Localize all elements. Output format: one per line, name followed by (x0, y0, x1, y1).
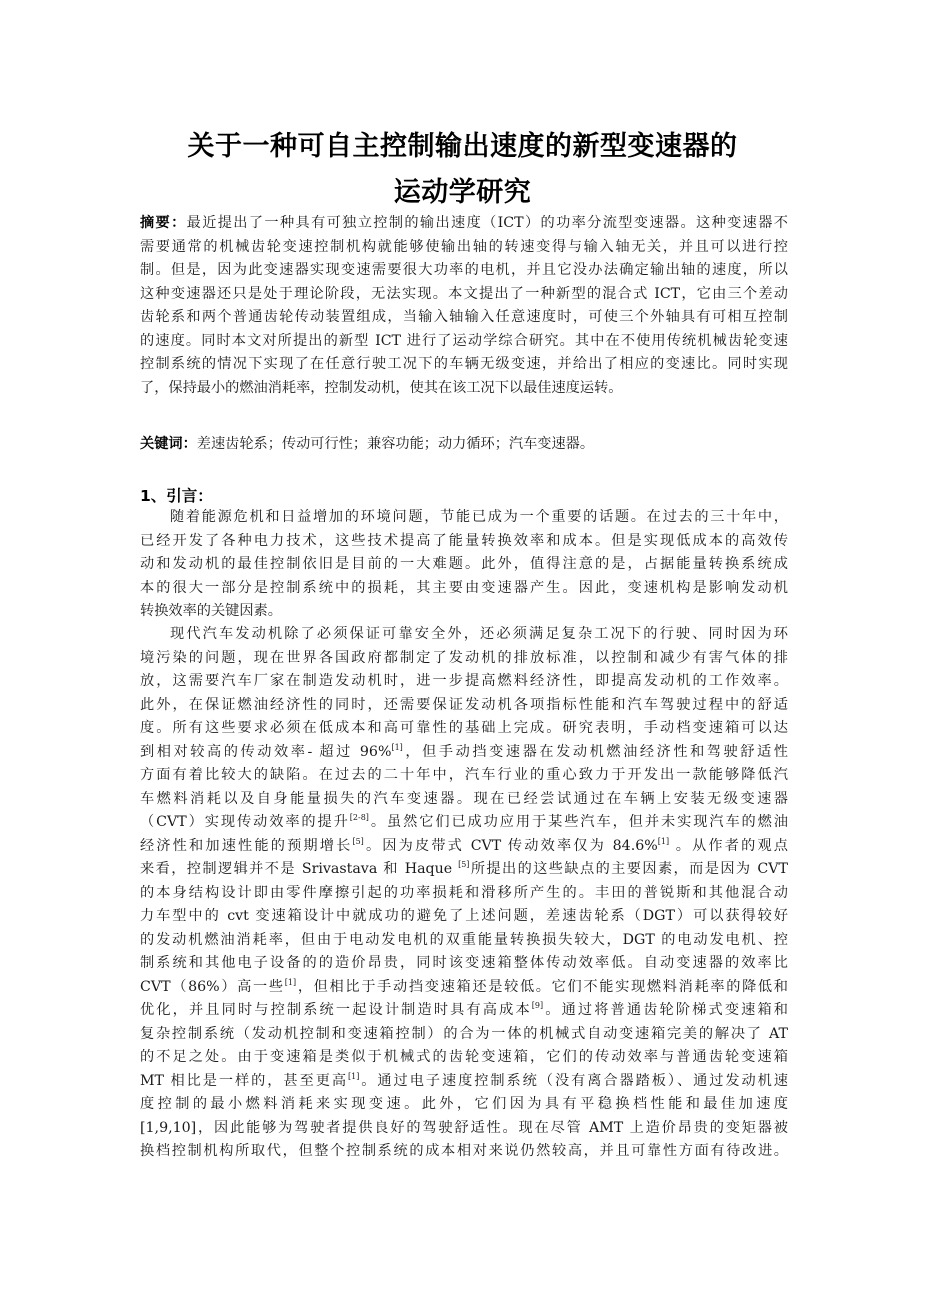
text-run: 经济性和加速性能的预期增长 (140, 838, 352, 854)
paragraph-line: MT 相比是一样的，甚至更高[1]。通过电子速度控制系统（没有离合器踏板）、通过… (140, 1070, 788, 1094)
paragraph-line: 现代汽车发动机除了必须保证可靠安全外，还必须满足复杂工况下的行驶、同时因为环 (140, 623, 788, 647)
paragraph-line: 的本身结构设计即由零件摩擦引起的功率损耗和滑移所产生的。丰田的普锐斯和其他混合动 (140, 882, 788, 906)
text-run: 到相对较高的传动效率- 超过 96% (140, 744, 391, 760)
abstract-line: 制。但是，因为此变速器实现变速需要很大功率的电机，并且它没办法确定输出轴的速度，… (140, 259, 788, 283)
text-run: 。虽然它们已成功应用于某些汽车，但并未实现汽车的燃油 (369, 814, 788, 830)
paragraph-line: 随着能源危机和日益增加的环境问题，节能已成为一个重要的话题。在过去的三十年中， (140, 506, 788, 530)
abstract-label: 摘要： (140, 215, 187, 231)
intro-paragraph-1: 随着能源危机和日益增加的环境问题，节能已成为一个重要的话题。在过去的三十年中， … (140, 506, 788, 624)
text-run: 。通过电子速度控制系统（没有离合器踏板）、通过发动机速 (359, 1073, 788, 1089)
paper-title-line-1: 关于一种可自主控制输出速度的新型变速器的 (0, 124, 925, 163)
document-page: 关于一种可自主控制输出速度的新型变速器的 运动学研究 摘要：最近提出了一种具有可… (0, 0, 925, 1309)
text-run: 。通过将普通齿轮阶梯式变速箱和 (543, 1002, 788, 1018)
paragraph-line: 已经开发了各种电力技术，这些技术提高了能量转换效率和成本。但是实现低成本的高效传 (140, 530, 788, 554)
abstract: 摘要：最近提出了一种具有可独立控制的输出速度（ICT）的功率分流型变速器。这种变… (140, 212, 788, 400)
citation: [1] (391, 743, 402, 752)
citation: [1] (285, 978, 296, 987)
abstract-line: 的速度。同时本文对所提出的新型 ICT 进行了运动学综合研究。其中在不使用传统机… (140, 330, 788, 354)
text-run: ，但相比于手动挡变速箱还是较低。它们不能实现燃料消耗率的降低和 (296, 979, 788, 995)
paragraph-line: （CVT）实现传动效率的提升[2-8]。虽然它们已成功应用于某些汽车，但并未实现… (140, 811, 788, 835)
text-run: 来看，控制逻辑并不是 Srivastava 和 Haque (140, 861, 458, 877)
abstract-line: 控制系统的情况下实现了在任意行驶工况下的车辆无级变速，并给出了相应的变速比。同时… (140, 353, 788, 377)
abstract-line: 最近提出了一种具有可独立控制的输出速度（ICT）的功率分流型变速器。这种变速器不 (187, 215, 788, 231)
paragraph-line: 的发动机燃油消耗率，但由于电动发电机的双重能量转换损失较大，DGT 的电动发电机… (140, 929, 788, 953)
paragraph-line: 经济性和加速性能的预期增长[5]。因为皮带式 CVT 传动效率仅为 84.6%[… (140, 835, 788, 859)
intro-paragraph-2: 现代汽车发动机除了必须保证可靠安全外，还必须满足复杂工况下的行驶、同时因为环 境… (140, 623, 788, 1164)
section-heading-introduction: 1、引言： (140, 484, 213, 506)
paragraph-line: CVT（86%）高一些[1]，但相比于手动挡变速箱还是较低。它们不能实现燃料消耗… (140, 976, 788, 1000)
paragraph-line: 的不足之处。由于变速箱是类似于机械式的齿轮变速箱，它们的传动效率与普通齿轮变速箱 (140, 1046, 788, 1070)
paragraph-line: [1,9,10]，因此能够为驾驶者提供良好的驾驶舒适性。现在尽管 AMT 上造价… (140, 1117, 788, 1141)
paragraph-line: 车燃料消耗以及自身能量损失的汽车变速器。现在已经尝试通过在车辆上安装无级变速器 (140, 788, 788, 812)
paragraph-line: 动和发动机的最佳控制依旧是目前的一大难题。此外，值得注意的是，占据能量转换系统成 (140, 553, 788, 577)
paragraph-line: 境污染的问题，现在世界各国政府都制定了发动机的排放标准，以控制和减少有害气体的排 (140, 647, 788, 671)
citation: [5] (352, 837, 363, 846)
paragraph-line: 度控制的最小燃料消耗来实现变速。此外，它们因为具有平稳换档性能和最佳加速度 (140, 1093, 788, 1117)
paragraph-line: 制系统和其他电子设备的的造价昂贵，同时该变速箱整体传动效率低。自动变速器的效率比 (140, 952, 788, 976)
paper-title-line-2: 运动学研究 (0, 170, 925, 209)
paragraph-line: 度。所有这些要求必须在低成本和高可靠性的基础上完成。研究表明，手动档变速箱可以达 (140, 717, 788, 741)
text-run: 。因为皮带式 CVT 传动效率仅为 84.6% (364, 838, 658, 854)
citation: [9] (532, 1001, 543, 1010)
paragraph-line: 优化，并且同时与控制系统一起设计制造时具有高成本[9]。通过将普通齿轮阶梯式变速… (140, 999, 788, 1023)
paragraph-line: 换档控制机构所取代，但整个控制系统的成本相对来说仍然较高，并且可靠性方面有待改进… (140, 1140, 788, 1164)
citation: [5] (458, 860, 469, 869)
abstract-line: 这种变速器还只是处于理论阶段，无法实现。本文提出了一种新型的混合式 ICT，它由… (140, 283, 788, 307)
text-run: CVT（86%）高一些 (140, 979, 285, 995)
text-run: MT 相比是一样的，甚至更高 (140, 1073, 348, 1089)
abstract-line: 了，保持最小的燃油消耗率，控制发动机，使其在该工况下以最佳速度运转。 (140, 377, 788, 401)
citation: [2-8] (350, 813, 369, 822)
paragraph-line: 来看，控制逻辑并不是 Srivastava 和 Haque [5]所提出的这些缺… (140, 858, 788, 882)
citation: [1] (658, 837, 669, 846)
citation: [1] (348, 1072, 359, 1081)
text-run: 优化，并且同时与控制系统一起设计制造时具有高成本 (140, 1002, 532, 1018)
abstract-line: 需要通常的机械齿轮变速控制机构就能够使输出轴的转速变得与输入轴无关，并且可以进行… (140, 236, 788, 260)
paragraph-line: 放，这需要汽车厂家在制造发动机时，进一步提高燃料经济性，即提高发动机的工作效率。 (140, 670, 788, 694)
text-run: 。从作者的观点 (669, 838, 788, 854)
paragraph-line: 本的很大一部分是控制系统中的损耗，其主要由变速器产生。因此，变速机构是影响发动机 (140, 577, 788, 601)
paragraph-line: 此外，在保证燃油经济性的同时，还需要保证发动机各项指标性能和汽车驾驶过程中的舒适 (140, 694, 788, 718)
paragraph-line: 力车型中的 cvt 变速箱设计中就成功的避免了上述问题，差速齿轮系（DGT）可以… (140, 905, 788, 929)
abstract-line: 齿轮系和两个普通齿轮传动装置组成，当输入轴输入任意速度时，可使三个外轴具有可相互… (140, 306, 788, 330)
paragraph-line: 方面有着比较大的缺陷。在过去的二十年中，汽车行业的重心致力于开发出一款能够降低汽 (140, 764, 788, 788)
keywords-text: 差速齿轮系；传动可行性；兼容功能；动力循环；汽车变速器。 (197, 436, 594, 452)
paragraph-line: 复杂控制系统（发动机控制和变速箱控制）的合为一体的机械式自动变速箱完美的解决了 … (140, 1023, 788, 1047)
keywords-label: 关键词： (140, 436, 197, 452)
text-run: 所提出的这些缺点的主要因素，而是因为 CVT (469, 861, 788, 877)
paragraph-line: 到相对较高的传动效率- 超过 96%[1]，但手动挡变速器在发动机燃油经济性和驾… (140, 741, 788, 765)
paragraph-line: 转换效率的关键因素。 (140, 600, 788, 624)
keywords: 关键词：差速齿轮系；传动可行性；兼容功能；动力循环；汽车变速器。 (140, 433, 594, 457)
text-run: （CVT）实现传动效率的提升 (140, 814, 350, 830)
text-run: ，但手动挡变速器在发动机燃油经济性和驾驶舒适性 (403, 744, 788, 760)
